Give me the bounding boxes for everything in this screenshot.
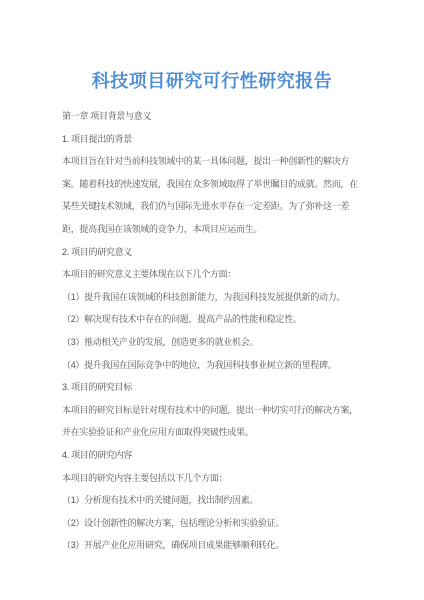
list-item-line: （3）推动相关产业的发展，创造更多的就业机会。 — [62, 331, 368, 354]
paragraph-line: 案。随着科技的快速发展，我国在众多领域取得了举世瞩目的成就。然而，在 — [62, 173, 368, 196]
paragraph-line: 距，提高我国在该领域的竞争力，本项目应运而生。 — [62, 218, 368, 241]
list-item-line: （4）提升我国在国际竞争中的地位，为我国科技事业树立新的里程碑。 — [62, 354, 368, 377]
paragraph-line: 本项目的研究目标是针对现有技术中的问题，提出一种切实可行的解决方案， — [62, 399, 368, 422]
document-body: 第一章 项目背景与意义 1. 项目提出的背景 本项目旨在针对当前科技领域中的某一… — [62, 105, 368, 557]
paragraph-line: 本项目旨在针对当前科技领域中的某一具体问题，提出一种创新性的解决方 — [62, 150, 368, 173]
document-page: 科技项目研究可行性研究报告 第一章 项目背景与意义 1. 项目提出的背景 本项目… — [0, 0, 424, 600]
list-item-line: （1）分析现有技术中的关键问题，找出制约因素。 — [62, 489, 368, 512]
paragraph-line: 某些关键技术领域，我们仍与国际先进水平存在一定差距。为了弥补这一差 — [62, 195, 368, 218]
section-heading-2: 2. 项目的研究意义 — [62, 241, 368, 264]
list-item-line: （1）提升我国在该领域的科技创新能力，为我国科技发展提供新的动力。 — [62, 286, 368, 309]
section-heading-3: 3. 项目的研究目标 — [62, 376, 368, 399]
report-title: 科技项目研究可行性研究报告 — [0, 66, 424, 96]
paragraph-line: 并在实验验证和产业化应用方面取得突破性成果。 — [62, 421, 368, 444]
section-heading-1: 1. 项目提出的背景 — [62, 128, 368, 151]
paragraph-line: 本项目的研究意义主要体现在以下几个方面： — [62, 263, 368, 286]
list-item-line: （3）开展产业化应用研究，确保项目成果能够顺利转化。 — [62, 534, 368, 557]
paragraph-line: 本项目的研究内容主要包括以下几个方面： — [62, 467, 368, 490]
section-heading-4: 4. 项目的研究内容 — [62, 444, 368, 467]
list-item-line: （2）设计创新性的解决方案，包括理论分析和实验验证。 — [62, 512, 368, 535]
chapter-heading: 第一章 项目背景与意义 — [62, 105, 368, 128]
list-item-line: （2）解决现有技术中存在的问题，提高产品的性能和稳定性。 — [62, 308, 368, 331]
